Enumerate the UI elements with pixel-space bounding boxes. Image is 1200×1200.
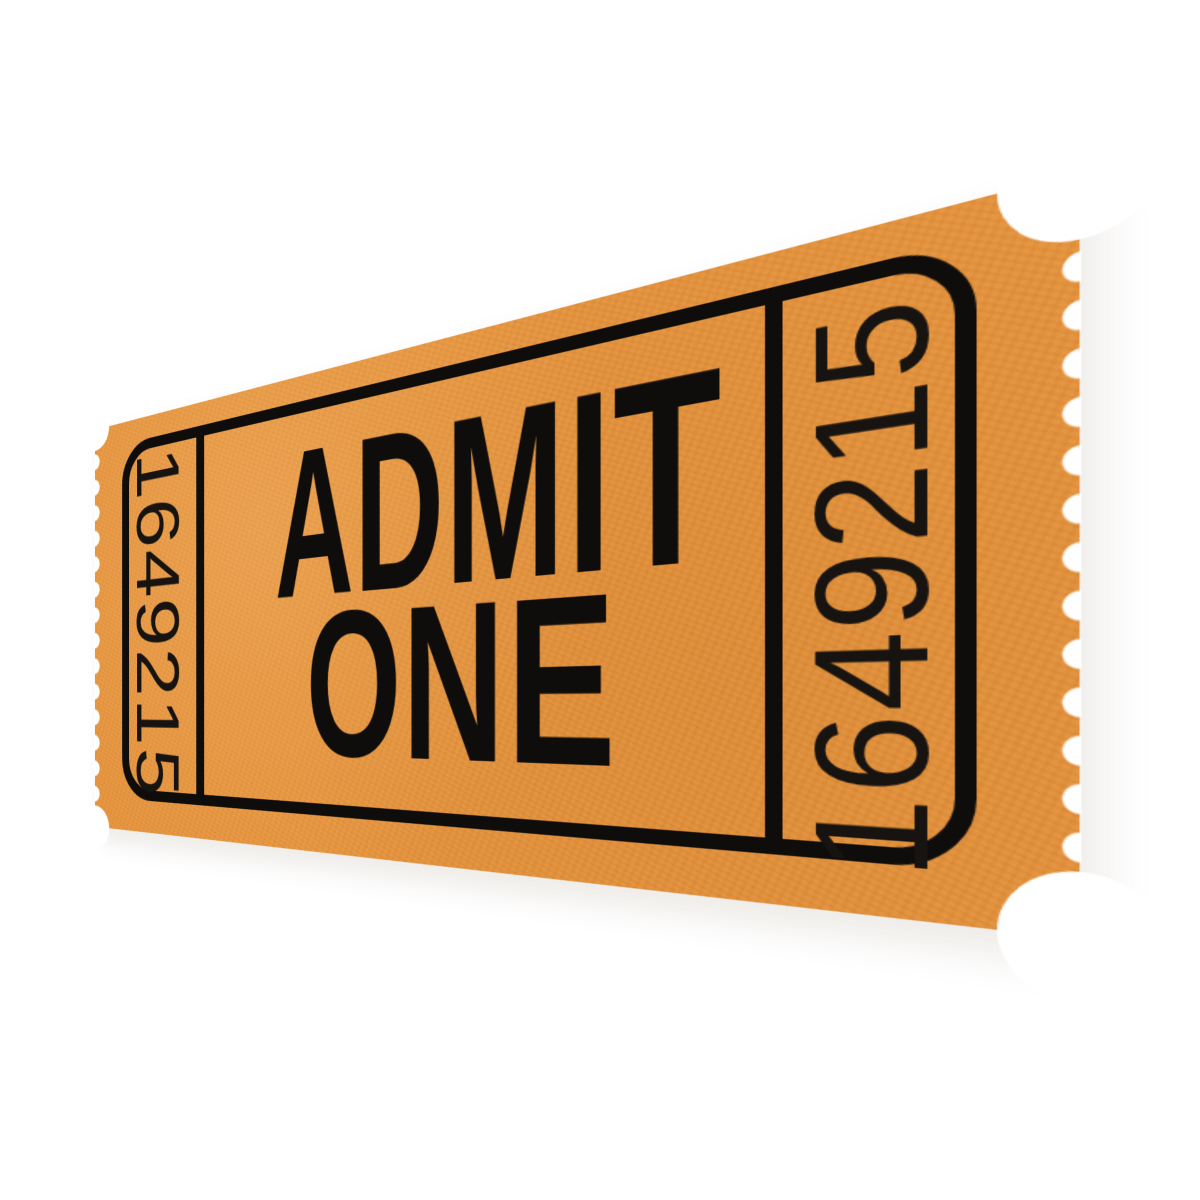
left-stub-divider-line [196,425,204,806]
serial-number-right-stub: 1649215 [791,280,957,887]
corner-notch-top-left [81,405,109,455]
perforation-left-edge [94,448,100,806]
one-text: ONE [306,555,618,805]
corner-notch-bottom-left [81,804,109,850]
white-background: 1649215 1649215 ADMIT ONE [0,0,1200,1200]
corner-notch-bottom-right [997,865,1169,1020]
serial-number-left-stub: 1649215 [127,439,189,803]
admit-one-ticket: 1649215 1649215 ADMIT ONE [95,172,1080,939]
perforation-right-edge [1059,242,1081,873]
corner-notch-top-right [997,78,1169,258]
right-stub-divider-line [765,285,783,855]
